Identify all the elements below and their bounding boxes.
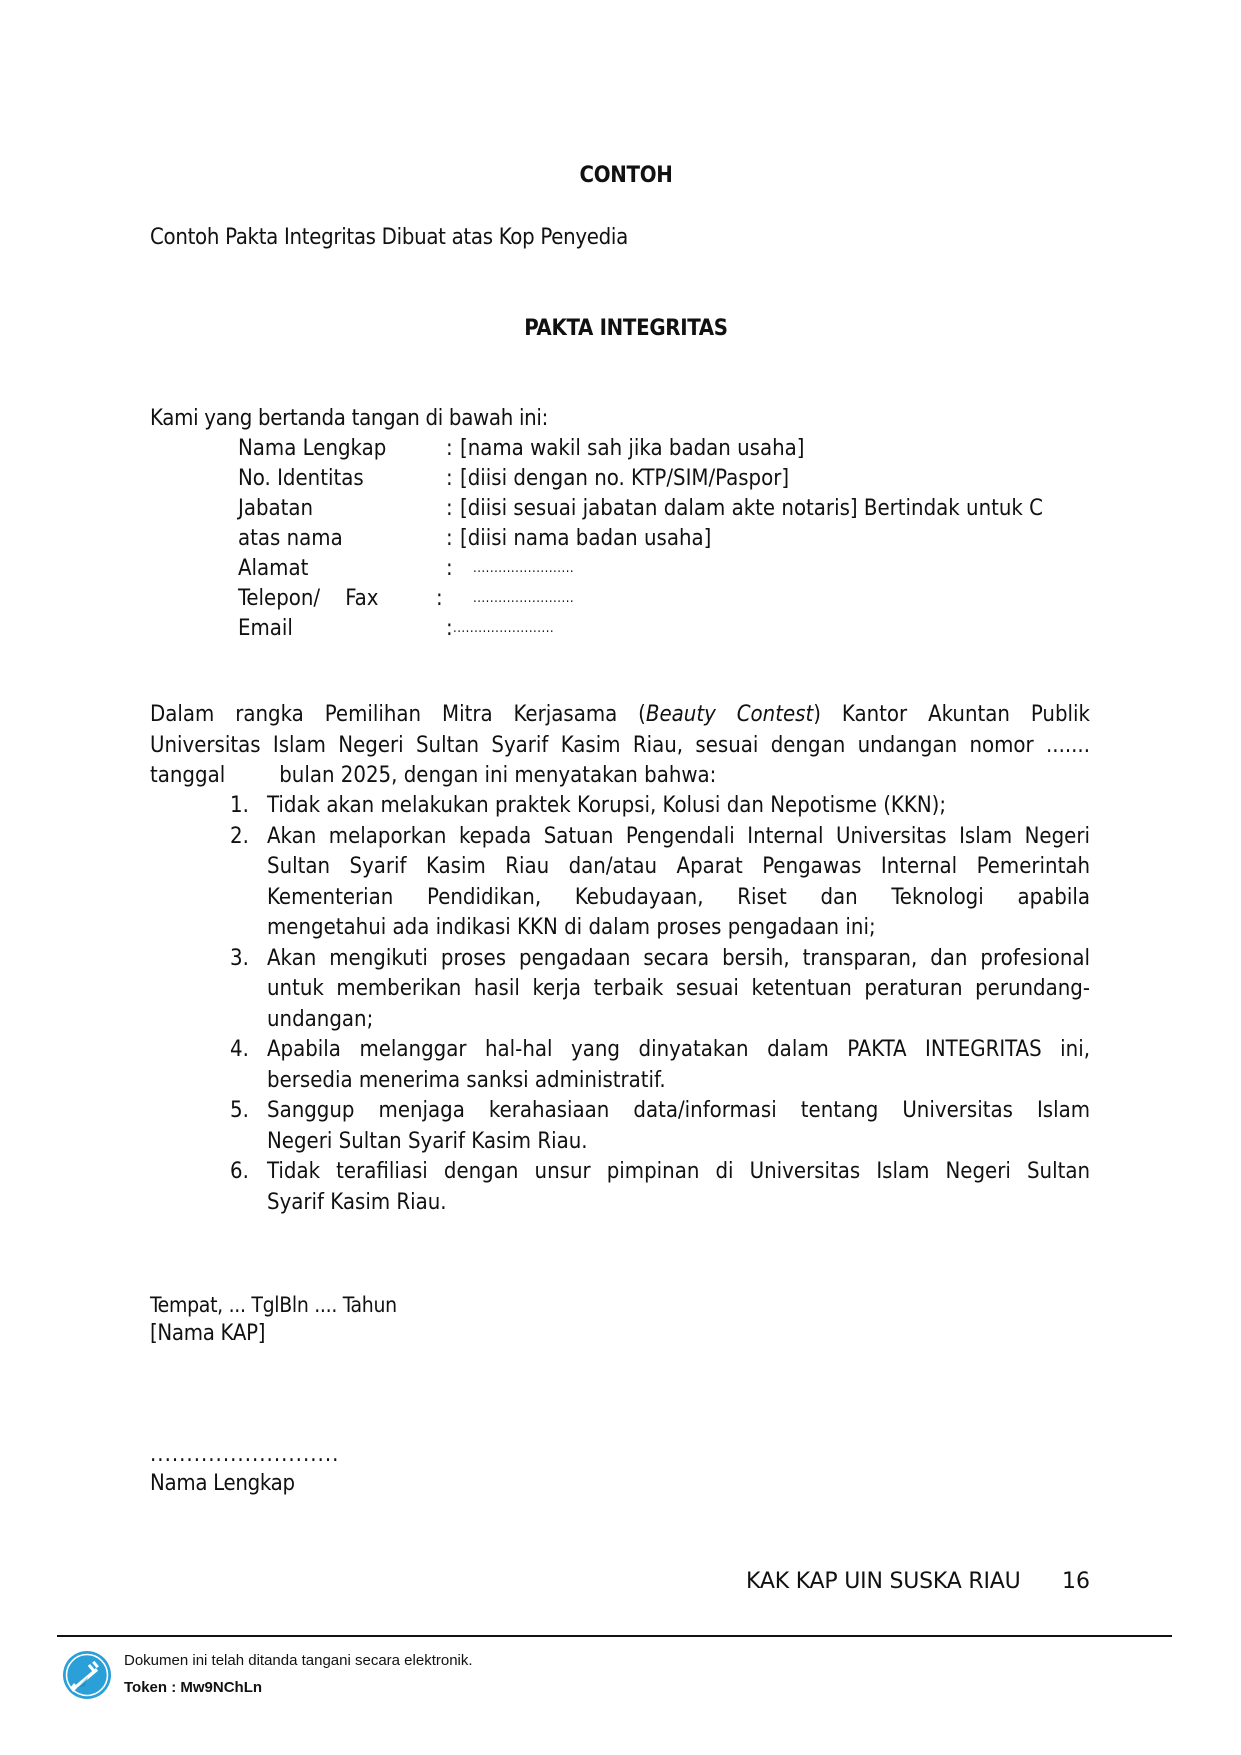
kap-name: [Nama KAP] [150, 1319, 265, 1349]
page-number: 16 [1062, 1569, 1090, 1594]
field-value: [nama wakil sah jika badan usaha] [460, 434, 805, 464]
intro-text: Kami yang bertanda tangan di bawah ini: [150, 404, 548, 434]
statement-item: 4.Apabila melanggar hal-hal yang dinyata… [230, 1035, 1090, 1096]
footer-divider [57, 1635, 1172, 1637]
paragraph-line-3: tanggalbulan 2025, dengan ini menyatakan… [150, 761, 1090, 792]
signatory-name: Nama Lengkap [150, 1469, 295, 1499]
field-colon: : [446, 524, 453, 554]
statement-line: bersedia menerima sanksi administratif. [267, 1066, 1090, 1097]
paragraph-line-1: Dalam rangka Pemilihan Mitra Kerjasama (… [150, 700, 1090, 731]
statement-line: mengetahui ada indikasi KKN di dalam pro… [267, 913, 1090, 944]
signature-line: .......................... [150, 1440, 339, 1470]
statement-line: Negeri Sultan Syarif Kasim Riau. [267, 1127, 1090, 1158]
field-label: atas nama [238, 524, 343, 554]
field-label: Alamat [238, 554, 308, 584]
key-seal-icon [62, 1650, 112, 1700]
statement-line: undangan; [267, 1005, 1090, 1036]
paragraph-line-2: Universitas Islam Negeri Sultan Syarif K… [150, 731, 1090, 762]
tanggal-label: tanggal [150, 763, 225, 788]
paragraph-text: ) Kantor Akuntan Publik [813, 702, 1090, 727]
field-value: [diisi sesuai jabatan dalam akte notaris… [460, 494, 1043, 524]
statement-paragraph: Dalam rangka Pemilihan Mitra Kerjasama (… [150, 700, 1090, 792]
statement-number: 4. [230, 1035, 249, 1066]
field-colon: : [446, 434, 453, 464]
field-label: Telepon/ Fax [238, 584, 378, 614]
statement-number: 6. [230, 1157, 249, 1188]
field-value: ........................ [473, 554, 574, 584]
statement-line: untuk memberikan hasil kerja terbaik ses… [267, 974, 1090, 1005]
esign-token: Token : Mw9NChLn [124, 1679, 262, 1697]
field-colon: : [446, 464, 453, 494]
statement-number: 3. [230, 944, 249, 975]
field-colon: : [446, 554, 453, 584]
statement-line: Syarif Kasim Riau. [267, 1188, 1090, 1219]
field-value: [diisi dengan no. KTP/SIM/Paspor] [460, 464, 789, 494]
footer-doc-title: KAK KAP UIN SUSKA RIAU [746, 1569, 1021, 1594]
statement-item: 3.Akan mengikuti proses pengadaan secara… [230, 944, 1090, 1036]
statement-number: 1. [230, 791, 249, 822]
document-title: PAKTA INTEGRITAS [524, 314, 728, 344]
esign-note: Dokumen ini telah ditanda tangani secara… [124, 1652, 473, 1670]
statement-item: 6.Tidak terafiliasi dengan unsur pimpina… [230, 1157, 1090, 1218]
subtitle: Contoh Pakta Integritas Dibuat atas Kop … [150, 223, 628, 253]
field-label: Nama Lengkap [238, 434, 386, 464]
statement-line: Akan melaporkan kepada Satuan Pengendali… [267, 822, 1090, 853]
field-label: Jabatan [238, 494, 313, 524]
statement-line: Tidak terafiliasi dengan unsur pimpinan … [267, 1157, 1090, 1188]
statement-line: Sultan Syarif Kasim Riau dan/atau Aparat… [267, 852, 1090, 883]
statement-list: 1.Tidak akan melakukan praktek Korupsi, … [230, 791, 1090, 1218]
statement-line: Tidak akan melakukan praktek Korupsi, Ko… [267, 791, 1090, 822]
field-value: ........................ [453, 614, 554, 644]
field-value: ........................ [473, 584, 574, 614]
field-label: No. Identitas [238, 464, 364, 494]
top-heading: CONTOH [580, 161, 673, 191]
paragraph-text: bulan 2025, dengan ini menyatakan bahwa: [279, 763, 716, 788]
statement-line: Apabila melanggar hal-hal yang dinyataka… [267, 1035, 1090, 1066]
statement-line: Kementerian Pendidikan, Kebudayaan, Rise… [267, 883, 1090, 914]
field-colon: : [446, 614, 453, 644]
field-label: Email [238, 614, 293, 644]
statement-line: Sanggup menjaga kerahasiaan data/informa… [267, 1096, 1090, 1127]
place-date: Tempat, ... TglBln .... Tahun [150, 1290, 397, 1320]
statement-item: 5.Sanggup menjaga kerahasiaan data/infor… [230, 1096, 1090, 1157]
statement-number: 2. [230, 822, 249, 853]
field-colon: : [446, 494, 453, 524]
field-colon: : [436, 584, 443, 614]
paragraph-text: Dalam rangka Pemilihan Mitra Kerjasama ( [150, 702, 646, 727]
statement-item: 2.Akan melaporkan kepada Satuan Pengenda… [230, 822, 1090, 944]
field-value: [diisi nama badan usaha] [460, 524, 711, 554]
statement-number: 5. [230, 1096, 249, 1127]
beauty-contest-italic: Beauty Contest [646, 702, 813, 727]
statement-line: Akan mengikuti proses pengadaan secara b… [267, 944, 1090, 975]
statement-item: 1.Tidak akan melakukan praktek Korupsi, … [230, 791, 1090, 822]
